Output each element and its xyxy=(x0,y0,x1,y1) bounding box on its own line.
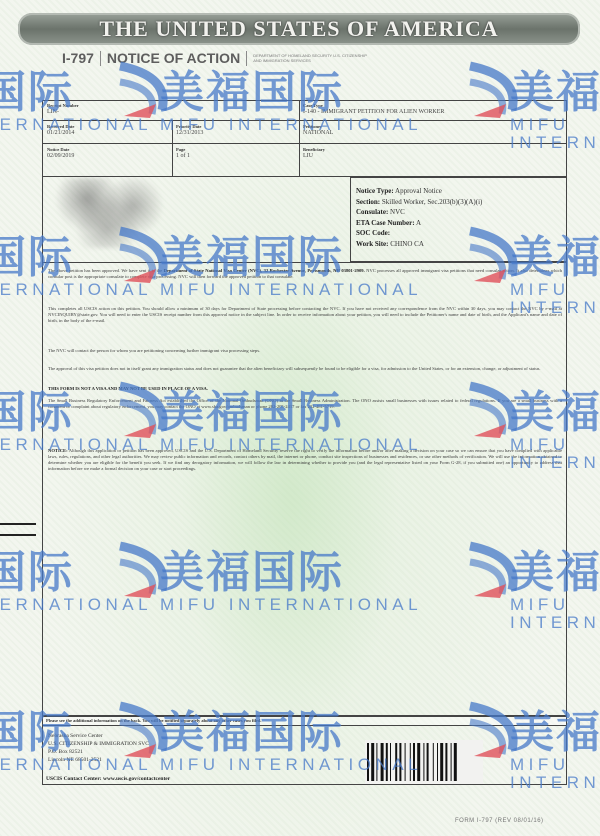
department-name: DEPARTMENT OF HOMELAND SECURITY U.S. CIT… xyxy=(253,53,373,63)
banner-title: THE UNITED STATES OF AMERICA xyxy=(99,16,498,42)
case-type-cell: Case Type I-140 - IMMIGRANT PETITION FOR… xyxy=(300,101,565,117)
header-divider xyxy=(100,51,101,66)
work-site: CHINO CA xyxy=(390,240,424,248)
section: Skilled Worker, Sec.203(b)(3)(A)(i) xyxy=(382,198,483,206)
header-divider xyxy=(246,51,247,66)
redacted-address-block xyxy=(55,178,185,248)
priority-date-cell: Priority Date 12/31/2013 xyxy=(173,122,298,138)
service-center-address: Nebraska Service Center U.S. CITIZENSHIP… xyxy=(48,732,149,764)
notice-info-box: Notice Type: Approval Notice Section: Sk… xyxy=(350,177,567,262)
paragraph-sbrefa: The Small Business Regulatory Enforcemen… xyxy=(48,398,562,410)
grid-line xyxy=(42,262,567,263)
bottom-box: Please see the additional information on… xyxy=(42,716,567,785)
paragraph-approval: The above petition has been approved. We… xyxy=(48,268,562,280)
barcode xyxy=(365,740,483,784)
paragraph-approval-disclaimer: The approval of this visa petition does … xyxy=(48,366,562,372)
receipt-number-cell: Receipt Number LIN- xyxy=(44,101,294,117)
consulate: NVC xyxy=(390,208,405,216)
grid-line xyxy=(42,120,567,121)
banner: THE UNITED STATES OF AMERICA xyxy=(18,13,580,45)
petitioner-cell: Petitioner NATIONAL xyxy=(300,122,565,138)
beneficiary-cell: Beneficiary LIU xyxy=(300,145,565,161)
paragraph-notice: NOTICE: Although this application or pet… xyxy=(48,448,562,472)
received-date-cell: Received Date 01/21/2014 xyxy=(44,122,169,138)
form-number: I-797 xyxy=(62,50,94,66)
grid-line xyxy=(42,143,567,144)
edge-marks xyxy=(0,523,36,545)
additional-info-strip: Please see the additional information on… xyxy=(43,717,566,726)
uscis-contact-center: USCIS Contact Center: www.uscis.gov/cont… xyxy=(46,776,170,782)
page-cell: Page 1 of 1 xyxy=(173,145,298,161)
form-revision: FORM I-797 (REV 08/01/16) xyxy=(455,818,544,824)
eta-case-number: A xyxy=(416,219,421,227)
notice-date-cell: Notice Date 02/09/2019 xyxy=(44,145,169,161)
notice-type: Approval Notice xyxy=(395,187,442,195)
paragraph-uscis-action: This completes all USCIS action on this … xyxy=(48,306,562,324)
form-title: NOTICE OF ACTION xyxy=(107,50,240,66)
not-a-visa-warning: THIS FORM IS NOT A VISA AND MAY NOT BE U… xyxy=(48,386,562,392)
form-header: I-797 NOTICE OF ACTION DEPARTMENT OF HOM… xyxy=(62,50,373,66)
paragraph-nvc-contact: The NVC will contact the person for whom… xyxy=(48,348,562,354)
